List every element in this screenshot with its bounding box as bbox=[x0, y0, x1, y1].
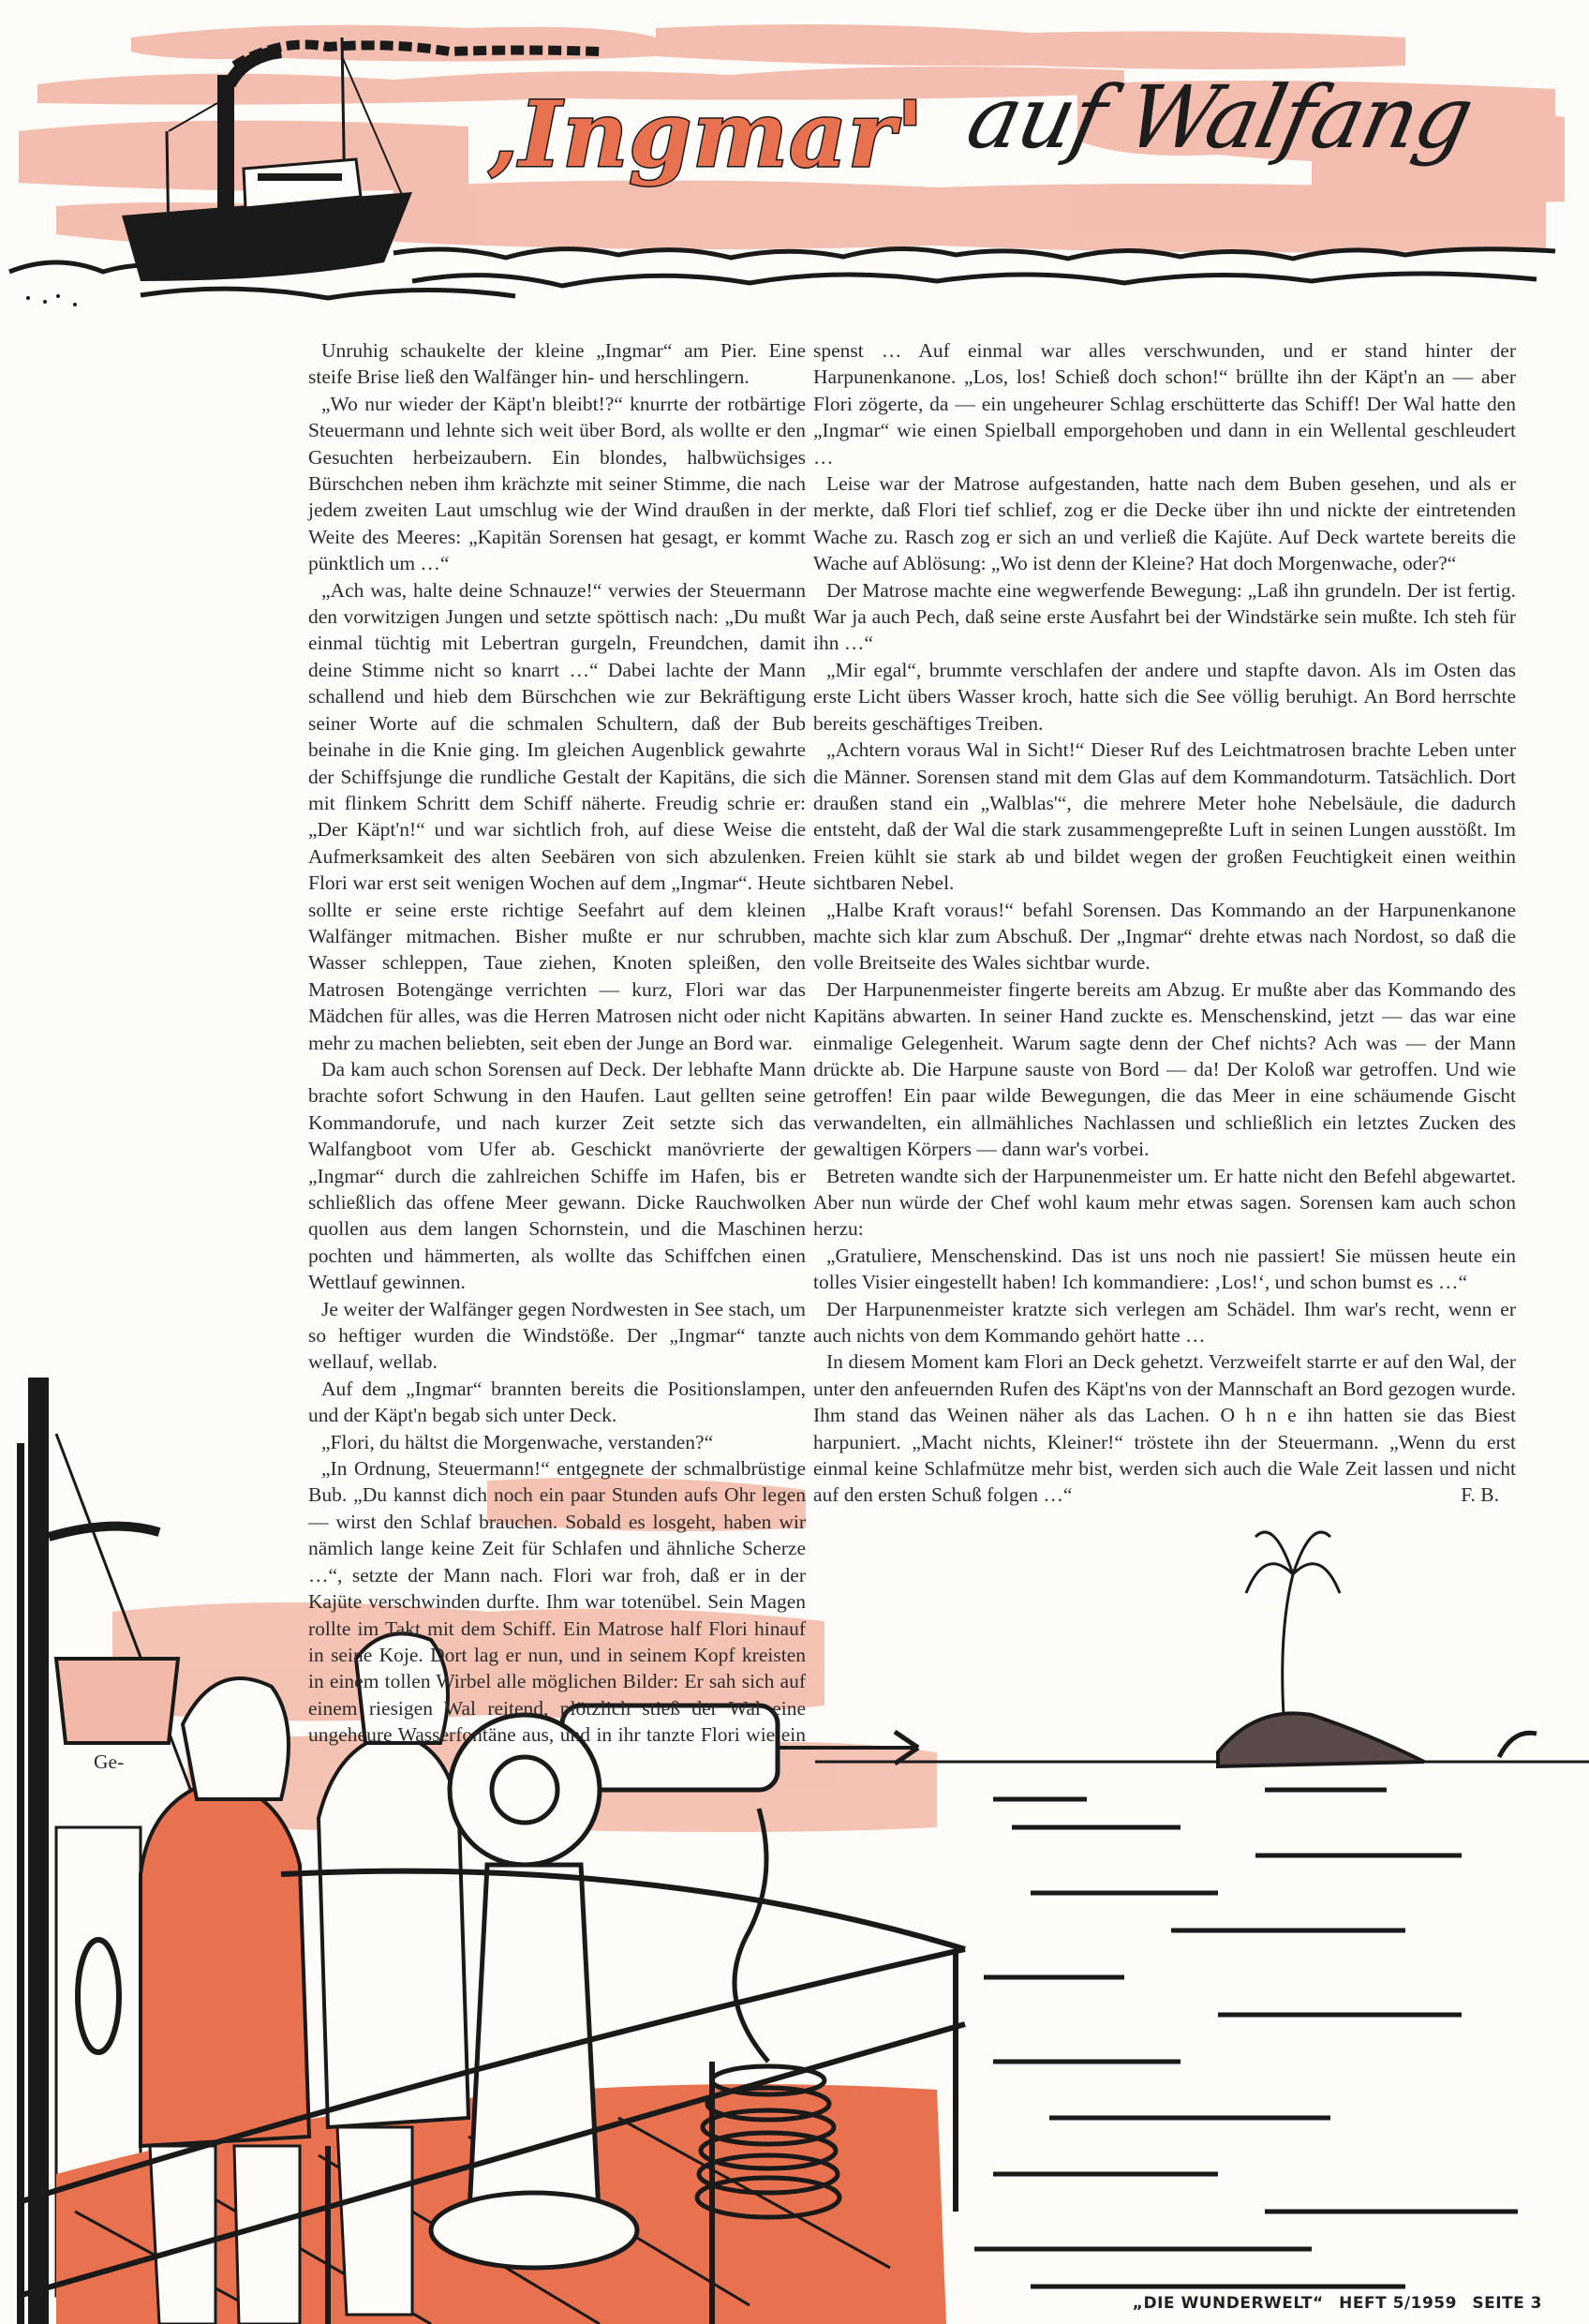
illustration-text-wrap bbox=[95, 337, 308, 1743]
paragraph: Betreten wandte sich der Harpunenmeister… bbox=[813, 1163, 1516, 1243]
author-signature: F. B. bbox=[1448, 1482, 1499, 1508]
magazine-name: „DIE WUNDERWELT“ bbox=[1133, 2294, 1324, 2313]
paragraph-text: In diesem Moment kam Flori an Deck gehet… bbox=[813, 1350, 1516, 1506]
article-title: ‚Ingmar' bbox=[487, 90, 925, 180]
paragraph: Leise war der Matrose aufgestanden, hatt… bbox=[813, 470, 1516, 577]
paragraph: Der Harpunenmeister fingerte bereits am … bbox=[813, 976, 1516, 1163]
paragraph: Der Harpunenmeister kratzte sich verlege… bbox=[813, 1296, 1516, 1349]
article-column-right: spenst … Auf einmal war alles verschwund… bbox=[813, 337, 1516, 1509]
paragraph: „Gratuliere, Menschenskind. Das ist uns … bbox=[813, 1243, 1516, 1296]
page-number: SEITE 3 bbox=[1472, 2294, 1542, 2313]
issue-number: HEFT 5/1959 bbox=[1339, 2294, 1457, 2313]
paragraph: „Halbe Kraft voraus!“ befahl Sorensen. D… bbox=[813, 897, 1516, 976]
paragraph: spenst … Auf einmal war alles verschwund… bbox=[813, 337, 1516, 470]
paragraph: „Mir egal“, brummte verschlafen der ande… bbox=[813, 657, 1516, 737]
paragraph: In diesem Moment kam Flori an Deck gehet… bbox=[813, 1348, 1516, 1508]
paragraph: „Achtern voraus Wal in Sicht!“ Dieser Ru… bbox=[813, 737, 1516, 896]
article-title-script: auf Walfang bbox=[960, 75, 1478, 161]
header-banner: ‚Ingmar' auf Walfang bbox=[0, 0, 1589, 323]
page-footer: „DIE WUNDERWELT“ HEFT 5/1959 SEITE 3 bbox=[1123, 2294, 1542, 2313]
paragraph: Der Matrose machte eine wegwerfende Bewe… bbox=[813, 577, 1516, 657]
article-column-left: Unruhig schaukelte der kleine „Ingmar“ a… bbox=[94, 337, 806, 1775]
